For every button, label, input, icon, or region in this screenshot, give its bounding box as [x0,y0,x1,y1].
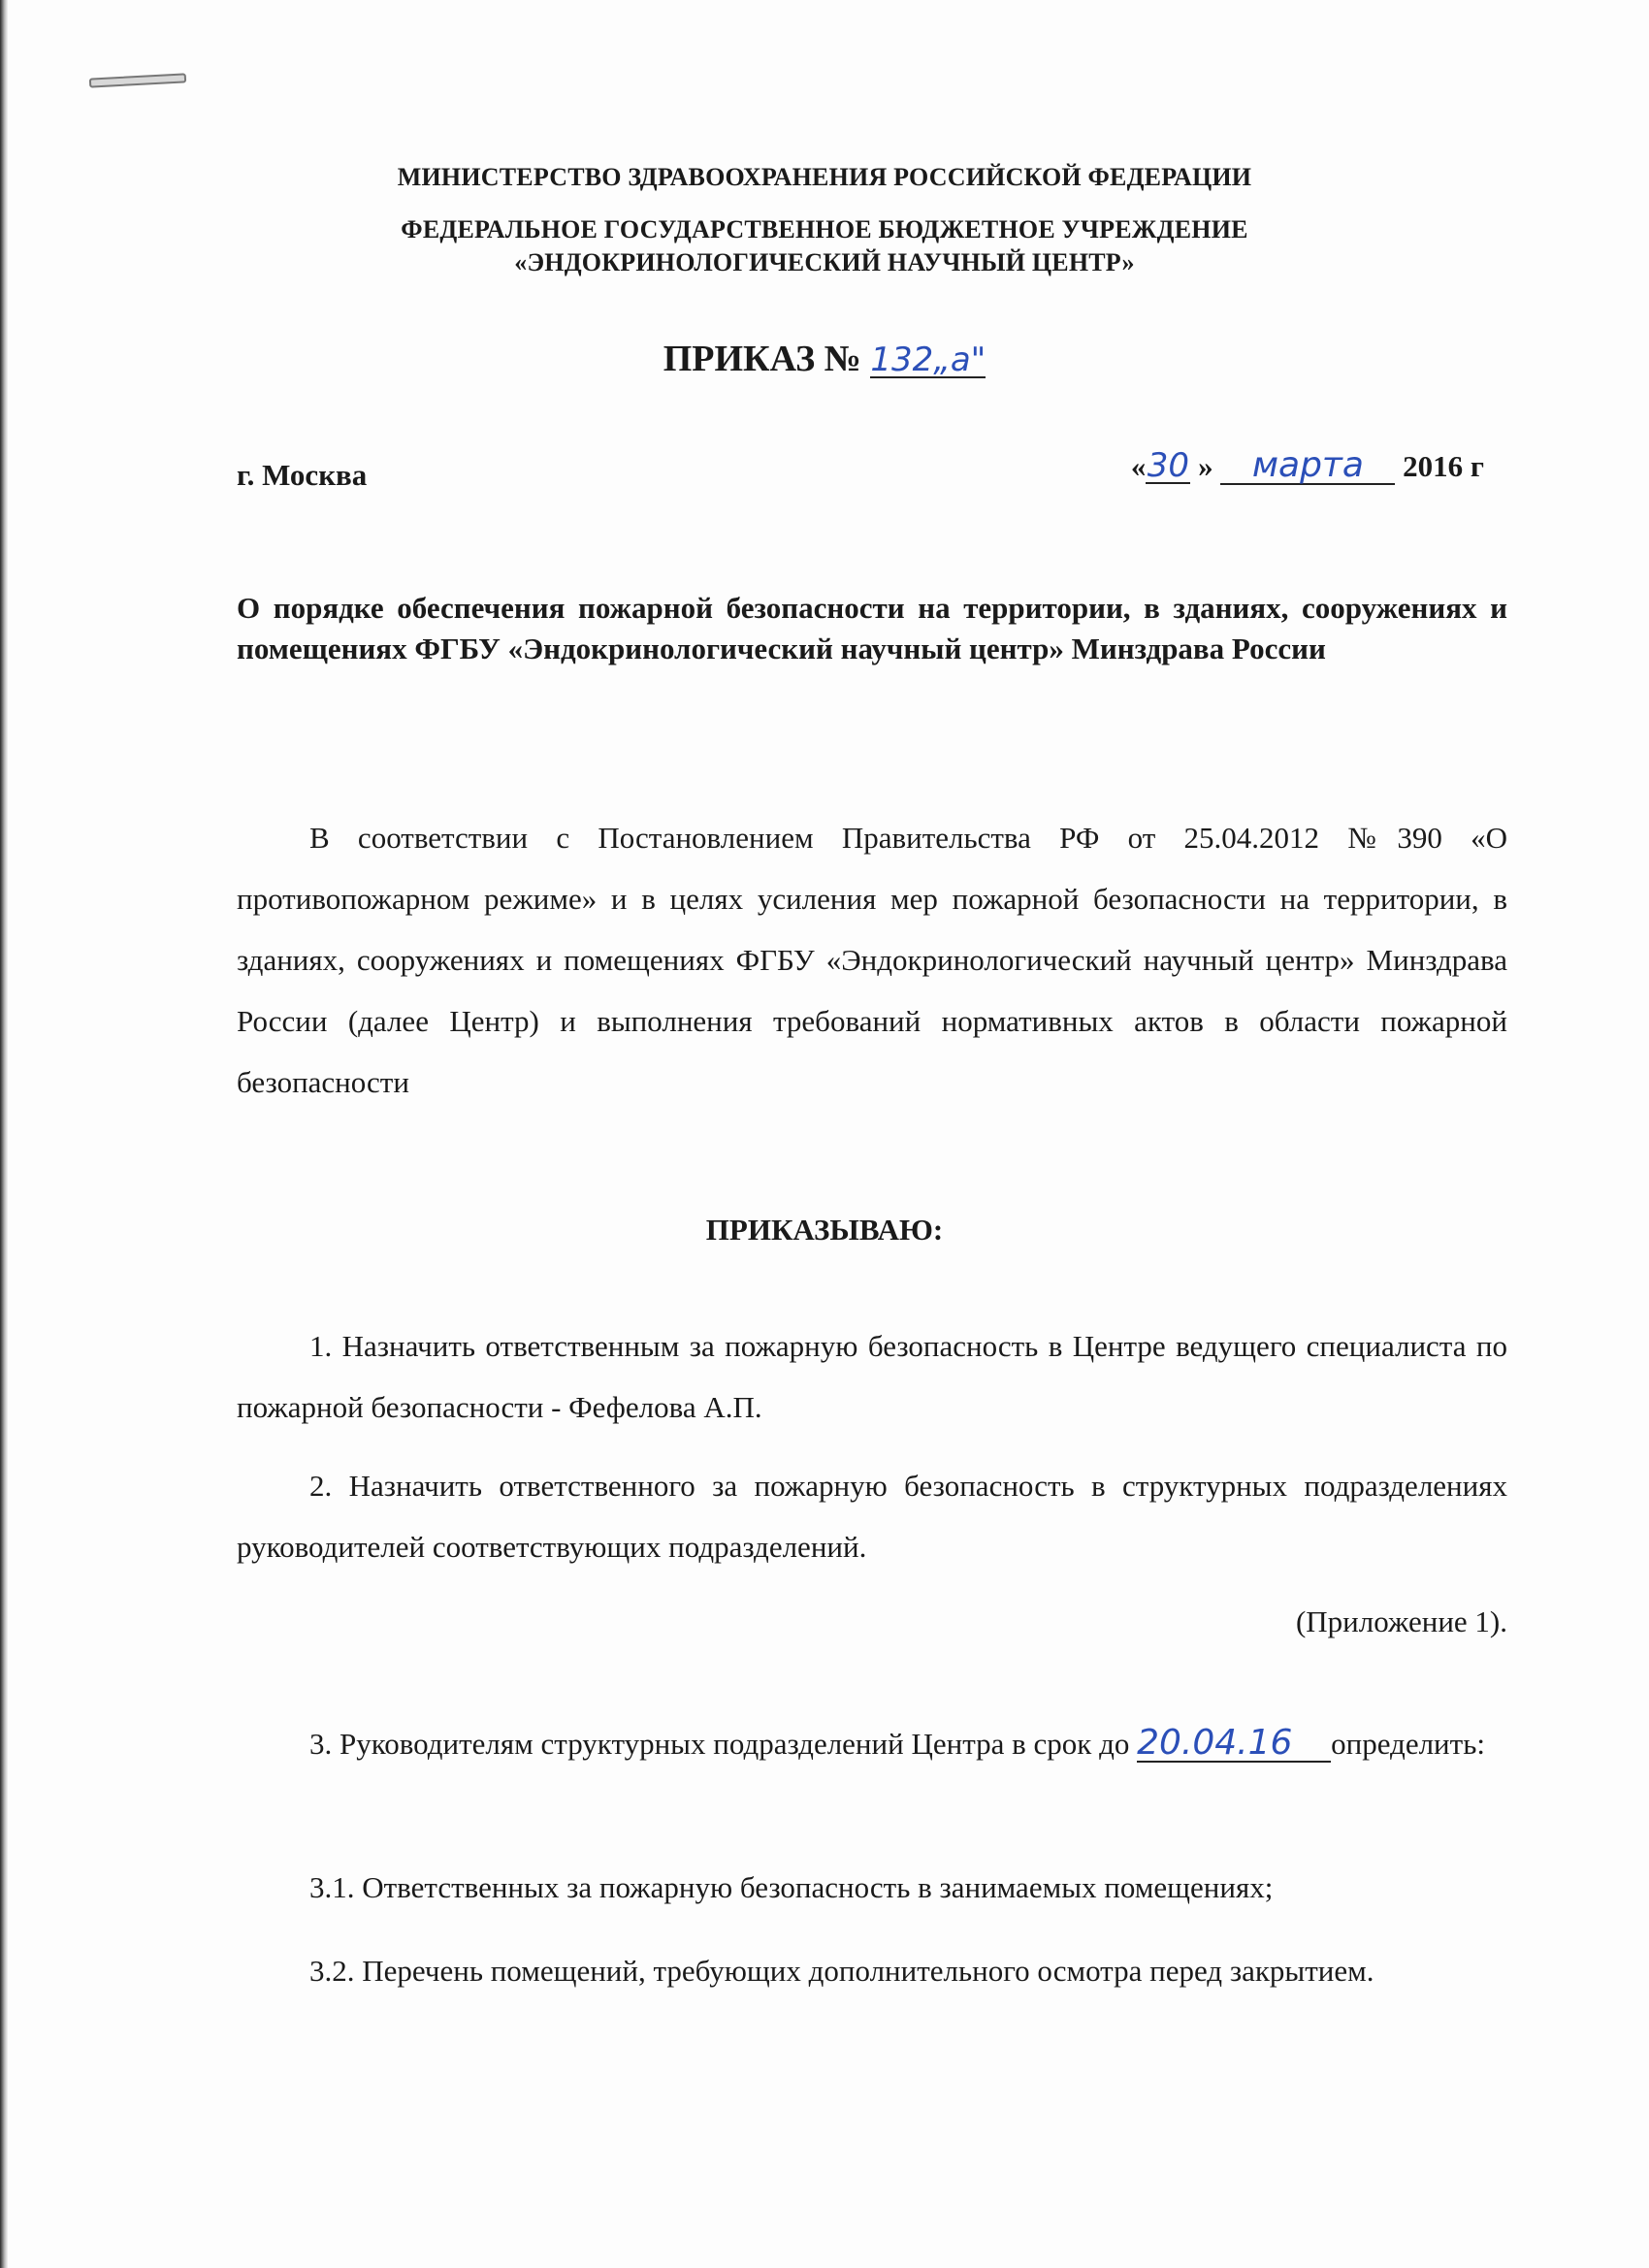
institution-line-1: ФЕДЕРАЛЬНОЕ ГОСУДАРСТВЕННОЕ БЮДЖЕТНОЕ УЧ… [0,215,1649,244]
item-3-2: 3.2. Перечень помещений, требующих допол… [237,1940,1507,2001]
date-day-handwritten: 30 [1146,449,1190,484]
date-month-handwritten: марта [1220,448,1395,485]
order-subject: О порядке обеспечения пожарной безопасно… [237,588,1507,669]
date-year: 2016 г [1403,449,1484,483]
ministry-header: МИНИСТЕРСТВО ЗДРАВООХРАНЕНИЯ РОССИЙСКОЙ … [0,163,1649,192]
item-3: 3. Руководителям структурных подразделен… [237,1713,1507,1774]
order-date: «30 » марта 2016 г [1131,448,1484,485]
item-3-text-after: определить: [1331,1727,1485,1761]
order-title-prefix: ПРИКАЗ № [663,339,861,379]
item-2: 2. Назначить ответственного за пожарную … [237,1455,1507,1577]
quote-close: » [1198,449,1213,483]
staple-mark [89,73,186,87]
order-word: ПРИКАЗЫВАЮ: [0,1213,1649,1247]
item-3-text: 3. Руководителям структурных подразделен… [309,1727,1129,1761]
quote-open: « [1131,449,1147,483]
item-2-note: (Приложение 1). [237,1591,1507,1652]
order-number-handwritten: 132„а" [870,343,986,378]
deadline-handwritten: 20.04.16 [1137,1726,1331,1763]
preamble: В соответствии с Постановлением Правител… [237,807,1507,1113]
institution-line-2: «ЭНДОКРИНОЛОГИЧЕСКИЙ НАУЧНЫЙ ЦЕНТР» [0,248,1649,277]
item-3-1: 3.1. Ответственных за пожарную безопасно… [237,1857,1507,1918]
item-1: 1. Назначить ответственным за пожарную б… [237,1315,1507,1438]
order-title: ПРИКАЗ № 132„а" [0,338,1649,380]
city: г. Москва [237,458,367,493]
